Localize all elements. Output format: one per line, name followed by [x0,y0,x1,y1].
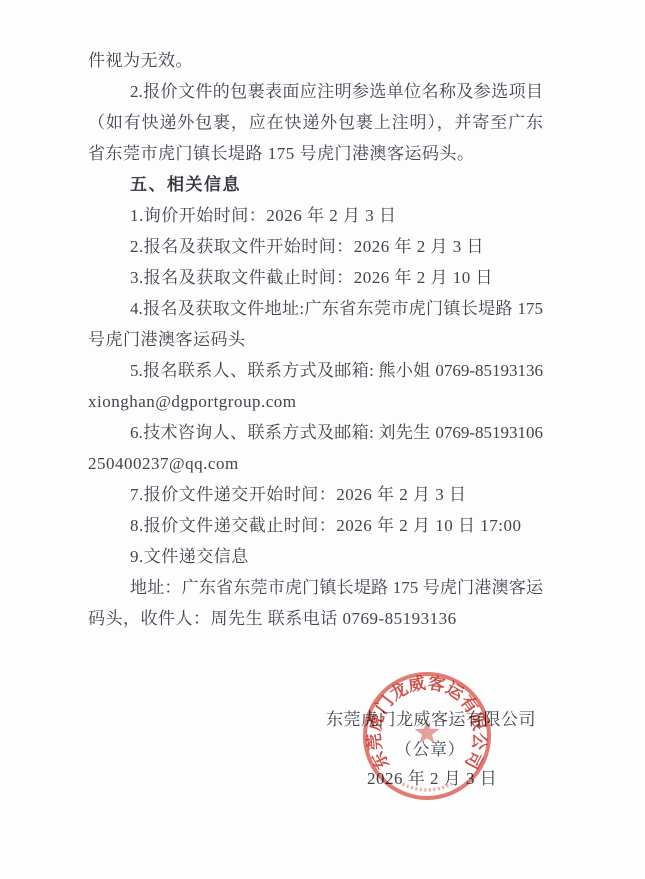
document-body: 件视为无效。 2.报价文件的包裹表面应注明参选单位名称及参选项目 （如有快递外包… [88,45,543,634]
doc-line: 号虎门港澳客运码头 [88,324,543,355]
doc-line: 3.报名及获取文件截止时间：2026 年 2 月 10 日 [88,262,543,293]
doc-line: 9.文件递交信息 [88,541,543,572]
doc-line: 4.报名及获取文件地址:广东省东莞市虎门镇长堤路 175 [88,293,543,324]
doc-line: （如有快递外包裹，应在快递外包裹上注明），并寄至广东 [88,107,543,138]
doc-line: 6.技术咨询人、联系方式及邮箱: 刘先生 0769-85193106 [88,417,543,448]
signature-date: 2026 年 2 月 3 日 [367,764,497,794]
doc-line: 8.报价文件递交截止时间：2026 年 2 月 10 日 17:00 [88,510,543,541]
doc-line: 地址：广东省东莞市虎门镇长堤路 175 号虎门港澳客运 [88,572,543,603]
doc-line: 2.报价文件的包裹表面应注明参选单位名称及参选项目 [88,76,543,107]
doc-line-email: xionghan@dgportgroup.com [88,386,543,417]
doc-line: 1.询价开始时间：2026 年 2 月 3 日 [88,200,543,231]
doc-line: 码头，收件人：周先生 联系电话 0769-85193136 [88,603,543,634]
document-page: 件视为无效。 2.报价文件的包裹表面应注明参选单位名称及参选项目 （如有快递外包… [0,0,645,879]
doc-line-email: 250400237@qq.com [88,448,543,479]
doc-line: 省东莞市虎门镇长堤路 175 号虎门港澳客运码头。 [88,138,543,169]
section-heading: 五、相关信息 [88,169,543,200]
signature-seal-note: （公章） [395,735,465,765]
doc-line: 7.报价文件递交开始时间：2026 年 2 月 3 日 [88,479,543,510]
doc-line: 5.报名联系人、联系方式及邮箱: 熊小姐 0769-85193136 [88,355,543,386]
signature-company-name: 东莞虎门龙威客运有限公司 [326,705,536,735]
doc-line: 2.报名及获取文件开始时间：2026 年 2 月 3 日 [88,231,543,262]
doc-line: 件视为无效。 [88,45,543,76]
